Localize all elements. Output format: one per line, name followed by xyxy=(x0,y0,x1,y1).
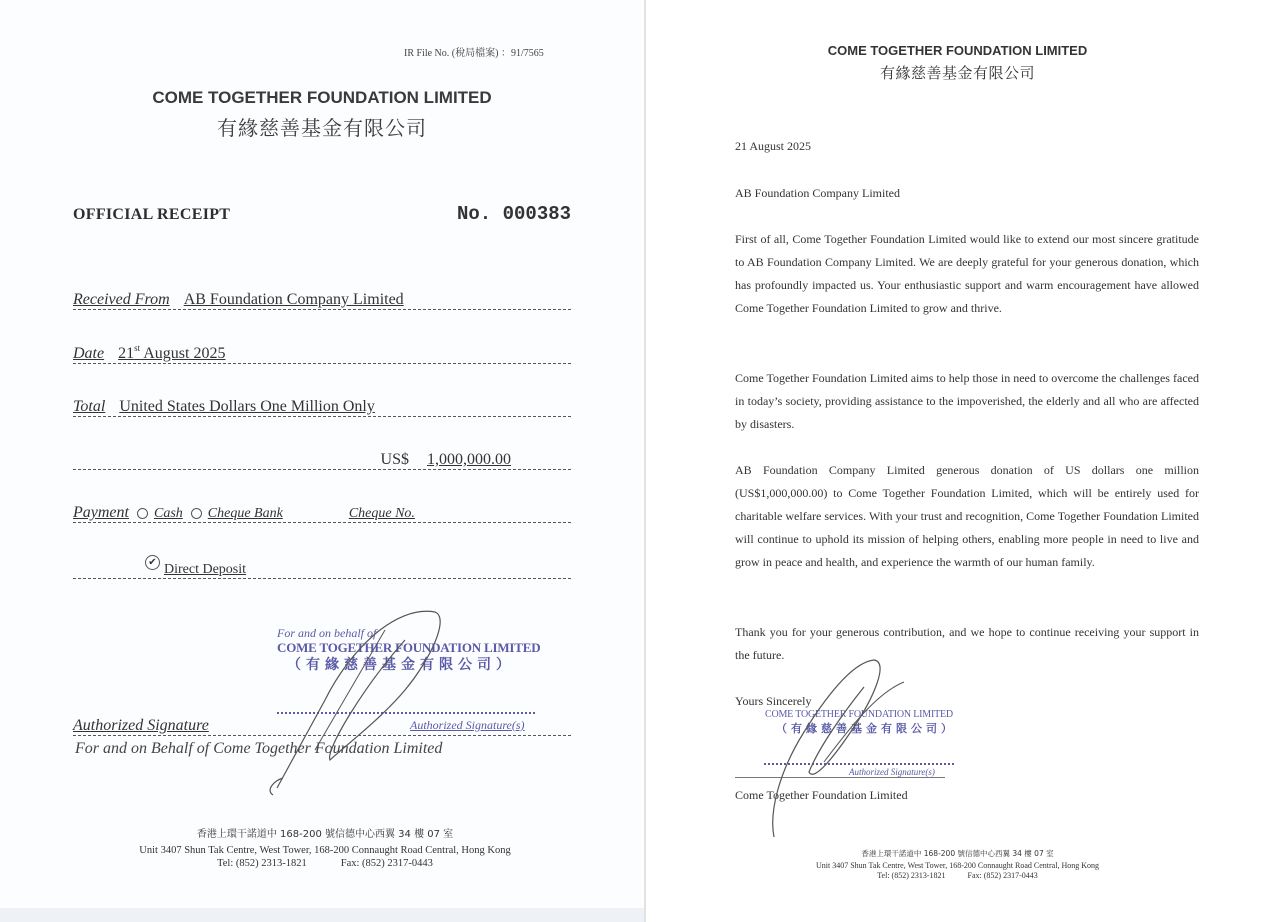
company-name-zh: 有緣慈善基金有限公司 xyxy=(0,112,644,141)
payment-row: Payment Cash Cheque Bank Cheque No. xyxy=(73,499,571,523)
receipt-number: No. 000383 xyxy=(457,203,571,225)
letter-handwritten-signature xyxy=(764,652,924,842)
footer-fax: Fax: (852) 2317-0443 xyxy=(341,858,433,869)
cheque-no-label: Cheque No. xyxy=(349,506,415,522)
letter-company-name-en: COME TOGETHER FOUNDATION LIMITED xyxy=(646,43,1269,58)
payment-option-cheque-bank: Cheque Bank xyxy=(208,506,283,522)
payment-option-cash: Cash xyxy=(154,506,183,522)
stamp-authorized-signatures: Authorized Signature(s) xyxy=(410,718,525,733)
payment-option-direct-deposit: Direct Deposit xyxy=(164,562,246,578)
letter-company-name-zh: 有緣慈善基金有限公司 xyxy=(646,62,1269,83)
official-receipt-page: IR File No. (稅局檔案) ：91/7565 COME TOGETHE… xyxy=(0,0,644,908)
letter-footer-fax: Fax: (852) 2317-0443 xyxy=(968,871,1038,880)
letter-stamp-company-en: COME TOGETHER FOUNDATION LIMITED xyxy=(765,709,953,720)
letter-paragraph: First of all, Come Together Foundation L… xyxy=(735,228,1199,320)
payment-label: Payment xyxy=(73,504,129,522)
radio-cash-icon xyxy=(137,508,148,519)
letter-footer-address-en: Unit 3407 Shun Tak Centre, West Tower, 1… xyxy=(646,861,1269,871)
letter-stamp-authorized-signatures: Authorized Signature(s) xyxy=(849,767,935,777)
company-name-en: COME TOGETHER FOUNDATION LIMITED xyxy=(0,88,644,108)
letter-footer-tel: Tel: (852) 2313-1821 xyxy=(877,871,945,880)
thank-you-letter-page: COME TOGETHER FOUNDATION LIMITED 有緣慈善基金有… xyxy=(646,0,1269,922)
footer-tel: Tel: (852) 2313-1821 xyxy=(217,858,307,869)
total-value: United States Dollars One Million Only xyxy=(119,398,375,416)
date-value: 21st August 2025 xyxy=(118,343,225,363)
letter-paragraph: Come Together Foundation Limited aims to… xyxy=(735,367,1199,436)
letter-closing: Yours Sincerely xyxy=(735,694,811,709)
received-from-row: Received From AB Foundation Company Limi… xyxy=(73,286,571,310)
letter-footer-contact: Tel: (852) 2313-1821Fax: (852) 2317-0443 xyxy=(646,871,1269,881)
total-label: Total xyxy=(73,398,105,416)
received-from-label: Received From xyxy=(73,291,170,309)
direct-deposit-row: ✔ Direct Deposit xyxy=(73,555,571,579)
amount-row: US$ 1,000,000.00 xyxy=(73,446,571,470)
authorized-signature-label: Authorized Signature xyxy=(73,717,209,735)
radio-cheque-icon xyxy=(191,508,202,519)
behalf-line: For and on Behalf of Come Together Found… xyxy=(75,740,442,758)
amount-value: 1,000,000.00 xyxy=(427,451,511,469)
currency-label: US$ xyxy=(381,451,409,469)
stamp-for-behalf: For and on behalf of xyxy=(277,626,376,641)
footer-address-en: Unit 3407 Shun Tak Centre, West Tower, 1… xyxy=(0,844,644,857)
date-row: Date 21st August 2025 xyxy=(73,340,571,364)
ir-file-number: IR File No. (稅局檔案) ：91/7565 xyxy=(404,44,544,59)
letter-signoff: Come Together Foundation Limited xyxy=(735,788,908,803)
date-month-year: August 2025 xyxy=(140,345,225,362)
letter-footer-address-zh: 香港上環干諾道中 168-200 號信德中心西翼 34 樓 07 室 xyxy=(646,849,1269,859)
checkmark-circle-icon: ✔ xyxy=(145,555,160,570)
letter-recipient: AB Foundation Company Limited xyxy=(735,186,900,201)
scan-bottom-edge xyxy=(0,908,644,922)
letter-signature-line xyxy=(735,777,945,778)
stamp-company-zh: （有緣慈善基金有限公司） xyxy=(287,654,515,674)
footer-contact: Tel: (852) 2313-1821Fax: (852) 2317-0443 xyxy=(0,857,644,870)
letter-paragraph: Thank you for your generous contribution… xyxy=(735,621,1199,667)
letter-stamp-company-zh: （有緣慈善基金有限公司） xyxy=(776,720,956,736)
letter-paragraph: AB Foundation Company Limited generous d… xyxy=(735,459,1199,574)
date-label: Date xyxy=(73,345,104,363)
total-row: Total United States Dollars One Million … xyxy=(73,393,571,417)
letter-stamp-dotted-line xyxy=(764,763,954,765)
date-day: 21 xyxy=(118,345,134,362)
letter-date: 21 August 2025 xyxy=(735,139,811,154)
received-from-value: AB Foundation Company Limited xyxy=(184,291,404,309)
receipt-title: OFFICIAL RECEIPT xyxy=(73,206,230,224)
footer-address-zh: 香港上環干諾道中 168-200 號信德中心西翼 34 樓 07 室 xyxy=(0,828,644,841)
